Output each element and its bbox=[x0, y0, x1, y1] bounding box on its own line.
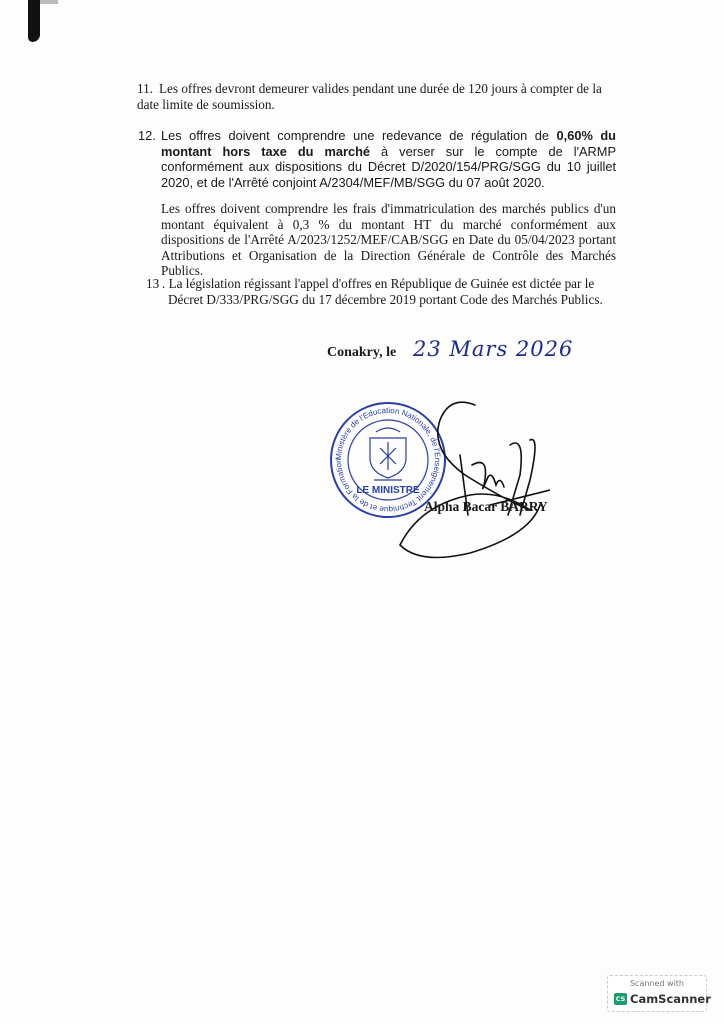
camscanner-watermark: Scanned with CS CamScanner bbox=[607, 975, 707, 1012]
camscanner-logo-icon: CS bbox=[614, 993, 627, 1005]
handwritten-date: 23 Mars 2026 bbox=[413, 337, 573, 361]
scanned-with-caption: Scanned with bbox=[608, 979, 706, 988]
camscanner-brand: CamScanner bbox=[630, 992, 711, 1006]
clause-12: 12. Les offres doivent comprendre une re… bbox=[138, 128, 616, 190]
scan-edge-shadow bbox=[28, 0, 40, 42]
clause-text: Les offres devront demeurer valides pend… bbox=[137, 81, 602, 112]
clause-number: 11. bbox=[137, 81, 153, 96]
place-label: Conakry, le bbox=[327, 345, 396, 361]
clause-12-continuation: Les offres doivent comprendre les frais … bbox=[161, 201, 616, 279]
clause-text: Décret D/333/PRG/SGG du 17 décembre 2019… bbox=[168, 292, 616, 308]
clause-11: 11.Les offres devront demeurer valides p… bbox=[137, 81, 617, 112]
clause-13: 13 . La législation régissant l'appel d'… bbox=[146, 276, 616, 307]
signatory-name: Alpha Bacar BARRY bbox=[424, 499, 548, 515]
clause-number: 13 bbox=[146, 276, 159, 292]
clause-number: 12. bbox=[138, 128, 156, 144]
signature bbox=[380, 395, 550, 560]
clause-text: . La législation régissant l'appel d'off… bbox=[162, 276, 616, 292]
clause-text: Les offres doivent comprendre une redeva… bbox=[161, 128, 557, 143]
